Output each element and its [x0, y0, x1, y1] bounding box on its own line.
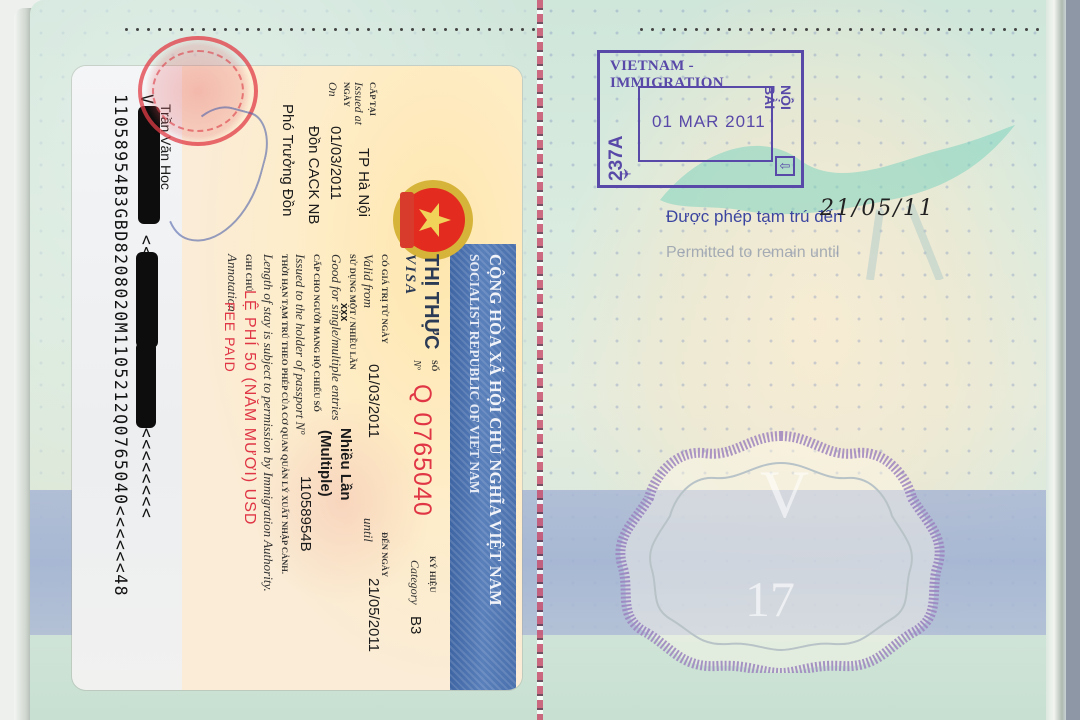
valid-from-date: 01/03/2011 — [365, 364, 382, 438]
issued-at-label-vn: CẤP TẠI — [368, 82, 378, 116]
entries-value-vn: Nhiều Lần — [337, 428, 354, 501]
watermark-letter: V — [760, 455, 809, 534]
visa-number: Q 0765040 — [407, 384, 436, 517]
number-label-vn: SỐ — [430, 360, 440, 371]
passport-number: 11058954B — [297, 476, 314, 552]
annotation-label-vn: GHI CHÚ — [244, 254, 254, 292]
holder-label-vn: CẤP CHO NGƯỜI MANG HỘ CHIẾU SỐ — [312, 254, 322, 412]
visa-title-vn: THỊ THỰC — [419, 254, 442, 349]
issued-at-place: TP Hà Nội — [355, 148, 372, 217]
fee-text-vn: LỆ PHÍ 50 (NĂM MƯƠI) USD — [240, 290, 258, 525]
issued-on-date: 01/03/2011 — [327, 126, 344, 200]
officer-title: Phó Trưởng Đồn — [279, 104, 296, 216]
fee-text-en: FEE PAID — [222, 302, 238, 373]
permit-label-vn: Được phép tạm trú đến — [666, 207, 843, 227]
issued-on-label-vn: NGÀY — [342, 82, 352, 107]
country-name-vn: CỘNG HÒA XÃ HỘI CHỦ NGHĨA VIỆT NAM — [485, 254, 505, 606]
visa-sticker: CỘNG HÒA XÃ HỘI CHỦ NGHĨA VIỆT NAM SOCIA… — [72, 66, 522, 690]
category-label-en: Category — [407, 560, 422, 605]
binding-thread — [537, 0, 543, 720]
strike-mark: xxx — [338, 303, 350, 321]
number-label-en: Nº — [411, 360, 422, 370]
visa-title-en: VISA — [401, 254, 418, 296]
issued-on-label-en: On — [325, 82, 340, 97]
redaction — [136, 342, 156, 428]
background — [1066, 0, 1080, 720]
arrival-arrow-icon: ⇦ — [775, 156, 795, 176]
visa-category: B3 — [407, 616, 424, 634]
country-banner — [450, 244, 516, 690]
entry-stamp: VIETNAM - IMMIGRATION 01 MAR 2011 237A N… — [597, 50, 804, 188]
valid-from-label-en: Valid from — [360, 254, 376, 308]
issued-at-label-en: Issued at — [351, 82, 366, 125]
permit-date: 21/05/11 — [820, 196, 935, 221]
until-label-vn: ĐẾN NGÀY — [380, 532, 390, 577]
page-number: 17 — [745, 570, 795, 628]
stamp-port: NỘI BÀI — [762, 85, 794, 110]
entries-label-en: Good for single/multiple entries — [328, 254, 344, 420]
redaction — [136, 252, 158, 348]
valid-until-date: 21/05/2011 — [365, 578, 382, 652]
passport-spread: V 17 CỘNG HÒA XÃ HỘI CHỦ NGHĨA VIỆT NAM … — [0, 0, 1080, 720]
passport-cover-edge-right — [1046, 0, 1066, 720]
permit-label-en: Permitted to remain until — [666, 244, 839, 262]
holder-label-en: Issued to the holder of passport Nº — [292, 254, 308, 434]
valid-from-label-vn: CÓ GIÁ TRỊ TỪ NGÀY — [380, 254, 390, 344]
national-emblem-icon — [390, 174, 476, 266]
category-label-vn: KÝ HIỆU — [428, 556, 438, 593]
stamp-date: 01 MAR 2011 — [652, 112, 766, 132]
airplane-icon: ✈ — [620, 166, 632, 183]
issuing-office: Đồn CACK NB — [305, 126, 322, 224]
stay-note-vn: THỜI HẠN TẠM TRÚ THEO PHÉP CỦA CƠ QUAN Q… — [280, 254, 290, 574]
country-name-en: SOCIALIST REPUBLIC OF VIET NAM — [466, 254, 482, 494]
until-label-en: until — [360, 518, 376, 542]
entries-value-en: (Multiple) — [317, 430, 334, 497]
mrz-line-2: 11058954B3GBD8208020M1105212Q0765040<<<<… — [111, 94, 130, 597]
stay-note-en: Length of stay is subject to permission … — [260, 254, 276, 592]
